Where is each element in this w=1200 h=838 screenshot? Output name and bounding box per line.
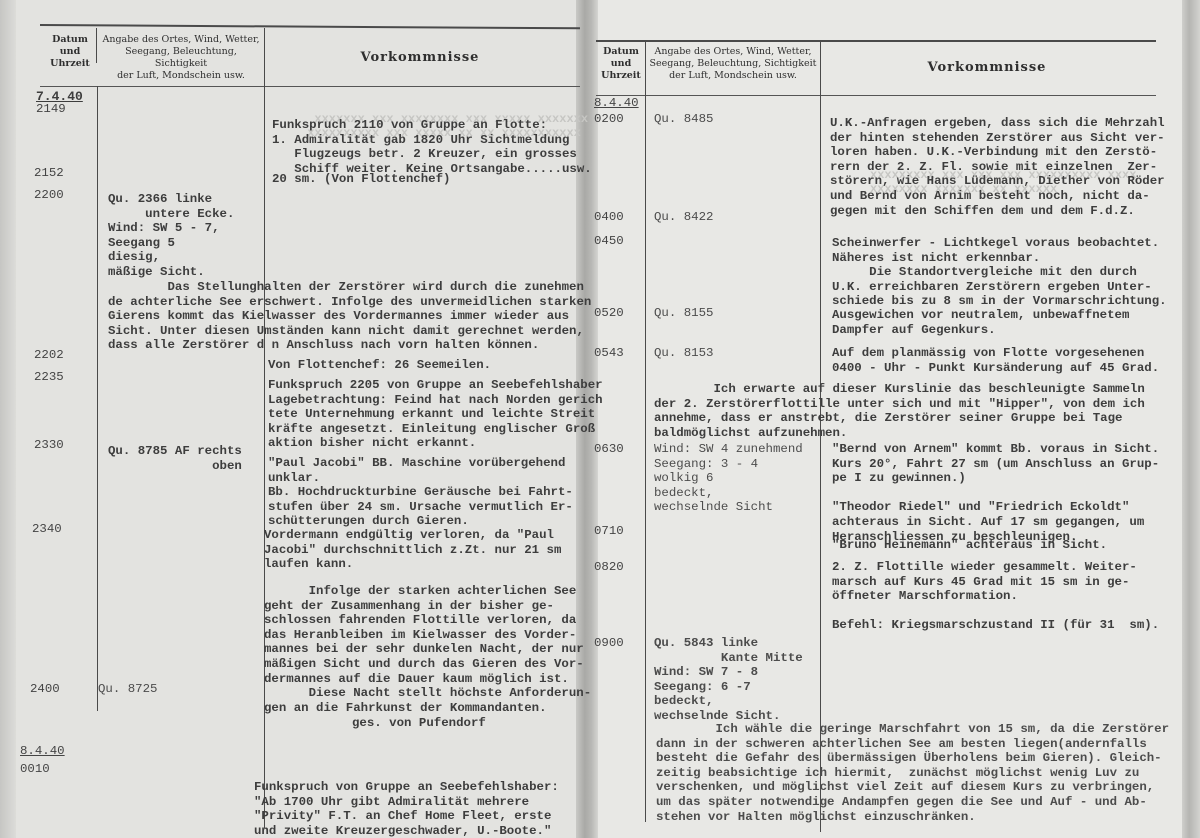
- entry-location: Qu. 2366 linke untere Ecke. Wind: SW 5 -…: [108, 192, 234, 280]
- header-datum-uhrzeit: Datum und Uhrzeit: [598, 46, 644, 82]
- entry-time: 2149: [36, 102, 66, 117]
- entry-text: U.K.-Anfragen ergeben, dass sich die Meh…: [830, 116, 1165, 218]
- entry-time: 0200: [594, 112, 624, 127]
- entry-text: Auf dem planmässig von Flotte vorgesehen…: [832, 346, 1159, 375]
- entry-location: Qu. 8422: [654, 210, 714, 225]
- entry-time: 0010: [20, 762, 50, 777]
- entry-location: Qu. 5843 linke Kante Mitte Wind: SW 7 - …: [654, 636, 803, 724]
- entry-text: Funkspruch 2205 von Gruppe an Seebefehls…: [268, 378, 603, 451]
- signature: ges. von Pufendorf: [352, 716, 486, 731]
- entry-time: 0450: [594, 234, 624, 249]
- entry-text: Ich wähle die geringe Marschfahrt von 15…: [656, 722, 1169, 824]
- header-bottom-rule: [40, 86, 580, 87]
- entry-text: Das Stellunghalten der Zerstörer wird du…: [108, 280, 591, 353]
- entry-time: 0710: [594, 524, 624, 539]
- entry-time: 2200: [34, 188, 64, 203]
- entry-time: 2152: [34, 166, 64, 181]
- entry-text: Vordermann endgültig verloren, da "Paul …: [264, 528, 561, 572]
- entry-time: 0543: [594, 346, 624, 361]
- entry-text: Infolge der starken achterlichen See geh…: [264, 584, 591, 715]
- entry-text: Funkspruch 2110 von Gruppe an Flotte: 1.…: [272, 118, 592, 176]
- entry-time: 0900: [594, 636, 624, 651]
- header-vorkommnisse: Vorkommnisse: [822, 60, 1152, 76]
- entry-text: Scheinwerfer - Lichtkegel voraus beobach…: [832, 236, 1167, 309]
- entry-text: 20 sm. (Von Flottenchef): [272, 172, 450, 187]
- entry-time: 0400: [594, 210, 624, 225]
- entry-text: "Bernd von Arnem" kommt Bb. voraus in Si…: [832, 442, 1159, 544]
- entry-text: "Bruno Heinemann" achteraus in Sicht.: [832, 538, 1107, 553]
- column-divider: [96, 28, 97, 63]
- header-location-weather: Angabe des Ortes, Wind, Wetter, Seegang,…: [98, 34, 264, 82]
- entry-text: Ich erwarte auf dieser Kurslinie das bes…: [654, 382, 1145, 440]
- entry-text: Von Flottenchef: 26 Seemeilen.: [268, 358, 491, 373]
- entry-text: Ausgewichen vor neutralem, unbewaffnetem…: [832, 308, 1129, 337]
- entry-time: 2202: [34, 348, 64, 363]
- entry-time: 2235: [34, 370, 64, 385]
- entry-location: Qu. 8725: [98, 682, 158, 697]
- entry-text: "Paul Jacobi" BB. Maschine vorübergehend…: [268, 456, 573, 529]
- page-edge: [1182, 0, 1200, 838]
- entry-date: 8.4.40: [594, 96, 639, 111]
- entry-location: Qu. 8785 AF rechts oben: [108, 444, 242, 473]
- entry-time: 2400: [30, 682, 60, 697]
- column-divider: [645, 42, 646, 822]
- entry-text: Funkspruch von Gruppe an Seebefehlshaber…: [254, 780, 559, 838]
- entry-location: Qu. 8485: [654, 112, 714, 127]
- entry-time: 0820: [594, 560, 624, 575]
- entry-location: Wind: SW 4 zunehmend Seegang: 3 - 4 wolk…: [654, 442, 803, 515]
- header-location-weather: Angabe des Ortes, Wind, Wetter, Seegang,…: [646, 46, 820, 82]
- header-vorkommnisse: Vorkommnisse: [265, 50, 575, 66]
- entry-location: Qu. 8153: [654, 346, 714, 361]
- header-bottom-rule: [596, 95, 1156, 96]
- entry-date: 8.4.40: [20, 744, 65, 759]
- entry-time: 0520: [594, 306, 624, 321]
- page-edge: [0, 0, 16, 838]
- table-top-rule: [596, 40, 1156, 42]
- header-datum-uhrzeit: Datum und Uhrzeit: [44, 34, 96, 70]
- entry-time: 2330: [34, 438, 64, 453]
- entry-location: Qu. 8155: [654, 306, 714, 321]
- entry-time: 0630: [594, 442, 624, 457]
- entry-text: 2. Z. Flottille wieder gesammelt. Weiter…: [832, 560, 1159, 633]
- entry-time: 2340: [32, 522, 62, 537]
- column-divider: [97, 86, 98, 711]
